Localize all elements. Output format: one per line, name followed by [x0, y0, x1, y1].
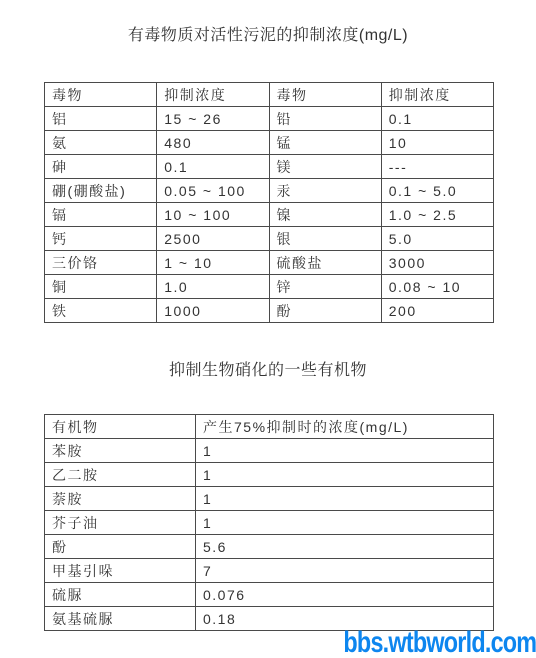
column-header: 抑制浓度 [157, 83, 269, 107]
table-cell: 酚 [269, 299, 381, 323]
table-cell: 1.0 [157, 275, 269, 299]
table-cell: 酚 [45, 535, 196, 559]
column-header: 毒物 [269, 83, 381, 107]
table-cell: 2500 [157, 227, 269, 251]
table-cell: 氨 [45, 131, 157, 155]
table-cell: 芥子油 [45, 511, 196, 535]
table-cell: 硼(硼酸盐) [45, 179, 157, 203]
column-header: 有机物 [45, 415, 196, 439]
table-cell: 苯胺 [45, 439, 196, 463]
table-row: 铝15 ~ 26铅0.1 [45, 107, 494, 131]
table-cell: 甲基引哚 [45, 559, 196, 583]
table-cell: 1 [196, 511, 494, 535]
table-cell: 1000 [157, 299, 269, 323]
table-row: 萘胺1 [45, 487, 494, 511]
organic-inhibitors-table: 有机物产生75%抑制时的浓度(mg/L) 苯胺1乙二胺1萘胺1芥子油1酚5.6甲… [44, 414, 494, 631]
table-cell: 1 [196, 439, 494, 463]
table-row: 铜1.0锌0.08 ~ 10 [45, 275, 494, 299]
table-cell: --- [381, 155, 493, 179]
organic-inhibitors-table-title: 抑制生物硝化的一些有机物 [0, 357, 536, 380]
table-row: 镉10 ~ 100镍1.0 ~ 2.5 [45, 203, 494, 227]
table-cell: 硫脲 [45, 583, 196, 607]
table-row: 酚5.6 [45, 535, 494, 559]
table-cell: 镁 [269, 155, 381, 179]
table-cell: 7 [196, 559, 494, 583]
table-cell: 锌 [269, 275, 381, 299]
table-cell: 10 [381, 131, 493, 155]
table-cell: 三价铬 [45, 251, 157, 275]
table-row: 乙二胺1 [45, 463, 494, 487]
table-row: 甲基引哚7 [45, 559, 494, 583]
table-cell: 0.076 [196, 583, 494, 607]
table-cell: 汞 [269, 179, 381, 203]
table-row: 砷0.1镁--- [45, 155, 494, 179]
table-row: 芥子油1 [45, 511, 494, 535]
column-header: 产生75%抑制时的浓度(mg/L) [196, 415, 494, 439]
table-cell: 铝 [45, 107, 157, 131]
table-cell: 200 [381, 299, 493, 323]
table-cell: 硫酸盐 [269, 251, 381, 275]
table-cell: 0.05 ~ 100 [157, 179, 269, 203]
table-cell: 砷 [45, 155, 157, 179]
table-cell: 0.1 [381, 107, 493, 131]
table-cell: 钙 [45, 227, 157, 251]
watermark-text: bbs.wtbworld.com [343, 628, 536, 658]
table-row: 硫脲0.076 [45, 583, 494, 607]
table-cell: 镍 [269, 203, 381, 227]
table-cell: 银 [269, 227, 381, 251]
table-row: 三价铬1 ~ 10硫酸盐3000 [45, 251, 494, 275]
table-cell: 0.1 [157, 155, 269, 179]
table-cell: 5.0 [381, 227, 493, 251]
table-cell: 铜 [45, 275, 157, 299]
table-cell: 5.6 [196, 535, 494, 559]
column-header: 抑制浓度 [381, 83, 493, 107]
table-cell: 0.08 ~ 10 [381, 275, 493, 299]
table-cell: 镉 [45, 203, 157, 227]
table-cell: 480 [157, 131, 269, 155]
table-cell: 1.0 ~ 2.5 [381, 203, 493, 227]
table-cell: 10 ~ 100 [157, 203, 269, 227]
table-header-row: 毒物抑制浓度毒物抑制浓度 [45, 83, 494, 107]
table-row: 铁1000酚200 [45, 299, 494, 323]
table-cell: 1 ~ 10 [157, 251, 269, 275]
table-cell: 铁 [45, 299, 157, 323]
table-cell: 氨基硫脲 [45, 607, 196, 631]
table-cell: 0.1 ~ 5.0 [381, 179, 493, 203]
table-cell: 萘胺 [45, 487, 196, 511]
toxic-substances-table: 毒物抑制浓度毒物抑制浓度 铝15 ~ 26铅0.1氨480锰10砷0.1镁---… [44, 82, 494, 323]
table-cell: 15 ~ 26 [157, 107, 269, 131]
column-header: 毒物 [45, 83, 157, 107]
table-cell: 锰 [269, 131, 381, 155]
table-row: 苯胺1 [45, 439, 494, 463]
table-cell: 1 [196, 487, 494, 511]
table-row: 氨480锰10 [45, 131, 494, 155]
table-cell: 乙二胺 [45, 463, 196, 487]
table-cell: 铅 [269, 107, 381, 131]
table-row: 硼(硼酸盐)0.05 ~ 100汞0.1 ~ 5.0 [45, 179, 494, 203]
table-header-row: 有机物产生75%抑制时的浓度(mg/L) [45, 415, 494, 439]
table-cell: 1 [196, 463, 494, 487]
table-row: 钙2500银5.0 [45, 227, 494, 251]
toxic-substances-table-title: 有毒物质对活性污泥的抑制浓度(mg/L) [0, 22, 536, 45]
table-cell: 3000 [381, 251, 493, 275]
